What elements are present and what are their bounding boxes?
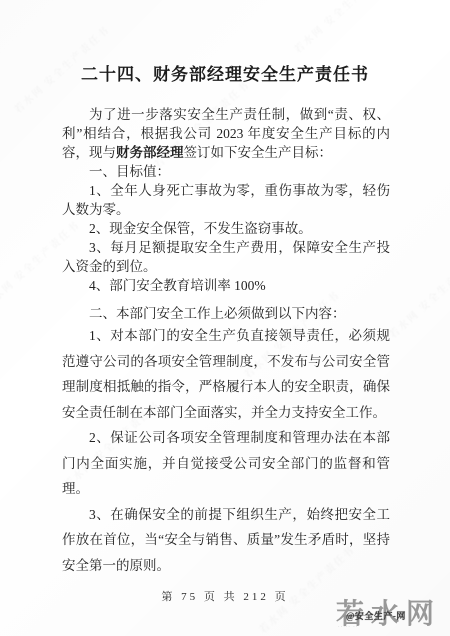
document-body: 为了进一步落实安全生产责任制，做到“责、权、利”相结合，根据我公司 2023 年…: [62, 105, 390, 578]
logo-caption-marks: ·· ·· ··: [338, 625, 444, 630]
paragraph: 为了进一步落实安全生产责任制，做到“责、权、利”相结合，根据我公司 2023 年…: [62, 105, 390, 162]
text-run: 一、目标值：: [89, 164, 170, 179]
paragraph: 二、本部门安全工作上必须做到以下内容：: [62, 304, 390, 323]
text-run: 1、对本部门的安全生产负直接领导责任，必须规范遵守公司的各项安全管理制度，不发布…: [62, 328, 390, 420]
text-run: 4、部门安全教育培训率 100%: [89, 278, 266, 293]
paragraph: 一、目标值：: [62, 162, 390, 181]
text-run: 二、本部门安全工作上必须做到以下内容：: [89, 306, 346, 321]
text-run: 签订如下安全生产目标：: [184, 145, 333, 160]
paragraph: 2、保证公司各项安全管理制度和管理办法在本部门内全面实施，并自觉接受公司安全部门…: [62, 425, 390, 502]
paragraph: 3、在确保安全的前提下组织生产，始终把安全工作放在首位，当“安全与销售、质量”发…: [62, 502, 390, 579]
bold-text-run: 财务部经理: [116, 145, 184, 160]
document-page: 若水网 安全生产责任书 若水网 安全生产责任书 若水网 安全生产责任书 若水网 …: [0, 0, 450, 636]
paragraph: 1、全年人身死亡事故为零，重伤事故为零，轻伤人数为零。: [62, 181, 390, 219]
diagonal-watermark: 若水网 安全生产责任书: [290, 0, 393, 56]
site-watermark-logo: 若水网 @安全生产-网 ·· ·· ··: [336, 592, 448, 634]
paragraph: 3、每月足额提取安全生产费用，保障安全生产投入资金的到位。: [62, 238, 390, 276]
paragraph: 2、现金安全保管，不发生盗窃事故。: [62, 219, 390, 238]
text-run: 3、每月足额提取安全生产费用，保障安全生产投入资金的到位。: [62, 240, 390, 274]
text-run: 2、现金安全保管，不发生盗窃事故。: [89, 221, 312, 236]
diagonal-watermark: 若水网 安全生产责任书: [385, 247, 450, 341]
document-title: 二十四、财务部经理安全生产责任书: [0, 60, 450, 85]
paragraph: 1、对本部门的安全生产负直接领导责任，必须规范遵守公司的各项安全管理制度，不发布…: [62, 323, 390, 425]
text-run: 2、保证公司各项安全管理制度和管理办法在本部门内全面实施，并自觉接受公司安全部门…: [62, 430, 390, 496]
logo-overlay-text: @安全生产-网: [346, 609, 406, 622]
text-run: 3、在确保安全的前提下组织生产，始终把安全工作放在首位，当“安全与销售、质量”发…: [62, 507, 390, 573]
text-run: 1、全年人身死亡事故为零，重伤事故为零，轻伤人数为零。: [62, 183, 390, 217]
paragraph: 4、部门安全教育培训率 100%: [62, 276, 390, 295]
